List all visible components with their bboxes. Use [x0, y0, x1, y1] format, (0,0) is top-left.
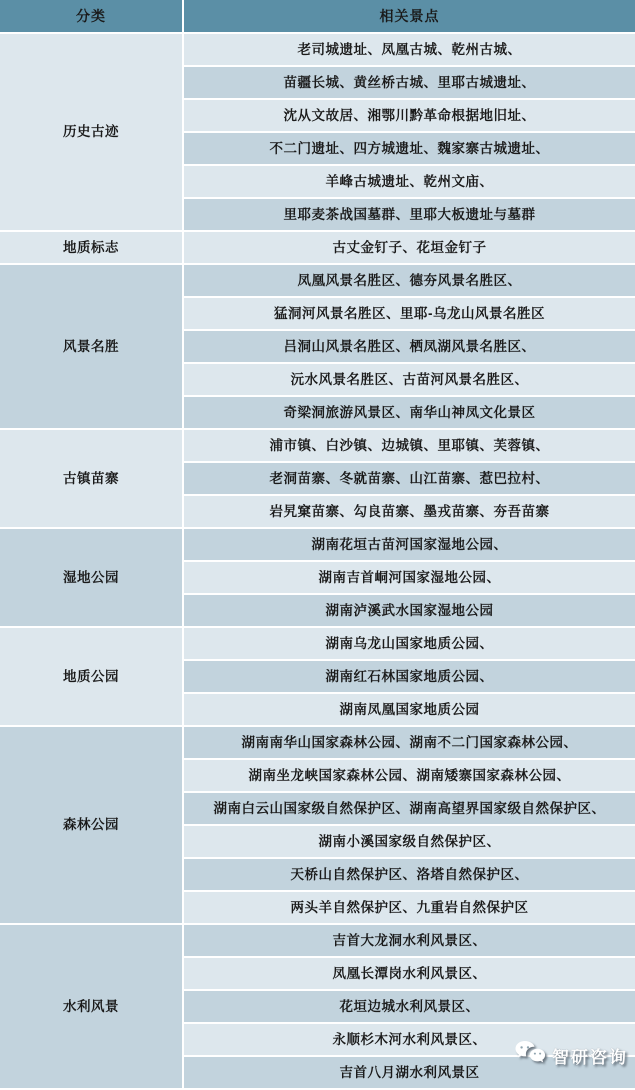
- attraction-cell: 凤凰风景名胜区、德夯风景名胜区、: [184, 265, 635, 296]
- attraction-cell: 苗疆长城、黄丝桥古城、里耶古城遗址、: [184, 67, 635, 98]
- table-row: 湿地公园湖南花垣古苗河国家湿地公园、: [0, 529, 635, 560]
- table-row: 古镇苗寨浦市镇、白沙镇、边城镇、里耶镇、芙蓉镇、: [0, 430, 635, 461]
- attraction-cell: 羊峰古城遗址、乾州文庙、: [184, 166, 635, 197]
- attraction-cell: 吕洞山风景名胜区、栖凤湖风景名胜区、: [184, 331, 635, 362]
- attraction-cell: 湖南红石林国家地质公园、: [184, 661, 635, 692]
- table-row: 历史古迹老司城遗址、凤凰古城、乾州古城、: [0, 34, 635, 65]
- attraction-cell: 永顺杉木河水利风景区、: [184, 1024, 635, 1055]
- attraction-cell: 湖南白云山国家级自然保护区、湖南高望界国家级自然保护区、: [184, 793, 635, 824]
- attraction-cell: 湖南小溪国家级自然保护区、: [184, 826, 635, 857]
- table-row: 风景名胜凤凰风景名胜区、德夯风景名胜区、: [0, 265, 635, 296]
- table-header-row: 分类 相关景点: [0, 0, 635, 32]
- table-row: 地质公园湖南乌龙山国家地质公园、: [0, 628, 635, 659]
- table-row: 森林公园湖南南华山国家森林公园、湖南不二门国家森林公园、: [0, 727, 635, 758]
- attraction-cell: 两头羊自然保护区、九重岩自然保护区: [184, 892, 635, 923]
- attraction-cell: 湖南吉首峒河国家湿地公园、: [184, 562, 635, 593]
- attraction-cell: 湖南坐龙峡国家森林公园、湖南矮寨国家森林公园、: [184, 760, 635, 791]
- category-cell: 古镇苗寨: [0, 430, 182, 527]
- attraction-cell: 吉首八月湖水利风景区: [184, 1057, 635, 1088]
- attraction-cell: 奇梁洞旅游风景区、南华山神凤文化景区: [184, 397, 635, 428]
- category-cell: 风景名胜: [0, 265, 182, 428]
- attraction-cell: 花垣边城水利风景区、: [184, 991, 635, 1022]
- attraction-cell: 里耶麦茶战国墓群、里耶大板遗址与墓群: [184, 199, 635, 230]
- column-header-attractions: 相关景点: [184, 0, 635, 32]
- page: 分类 相关景点 历史古迹老司城遗址、凤凰古城、乾州古城、苗疆长城、黄丝桥古城、里…: [0, 0, 635, 1090]
- table-row: 地质标志古丈金钉子、花垣金钉子: [0, 232, 635, 263]
- category-cell: 湿地公园: [0, 529, 182, 626]
- category-cell: 地质公园: [0, 628, 182, 725]
- column-header-category: 分类: [0, 0, 182, 32]
- attraction-cell: 沅水风景名胜区、古苗河风景名胜区、: [184, 364, 635, 395]
- attraction-cell: 古丈金钉子、花垣金钉子: [184, 232, 635, 263]
- attraction-cell: 湖南花垣古苗河国家湿地公园、: [184, 529, 635, 560]
- attraction-cell: 不二门遗址、四方城遗址、魏家寨古城遗址、: [184, 133, 635, 164]
- attraction-cell: 湖南凤凰国家地质公园: [184, 694, 635, 725]
- attraction-cell: 沈从文故居、湘鄂川黔革命根据地旧址、: [184, 100, 635, 131]
- category-cell: 森林公园: [0, 727, 182, 923]
- category-cell: 历史古迹: [0, 34, 182, 230]
- attraction-cell: 老洞苗寨、冬就苗寨、山江苗寨、惹巴拉村、: [184, 463, 635, 494]
- attractions-table: 分类 相关景点 历史古迹老司城遗址、凤凰古城、乾州古城、苗疆长城、黄丝桥古城、里…: [0, 0, 635, 1090]
- attraction-cell: 湖南乌龙山国家地质公园、: [184, 628, 635, 659]
- attraction-cell: 浦市镇、白沙镇、边城镇、里耶镇、芙蓉镇、: [184, 430, 635, 461]
- attraction-cell: 湖南泸溪武水国家湿地公园: [184, 595, 635, 626]
- table-row: 水利风景吉首大龙洞水利风景区、: [0, 925, 635, 956]
- attraction-cell: 凤凰长潭岗水利风景区、: [184, 958, 635, 989]
- attraction-cell: 吉首大龙洞水利风景区、: [184, 925, 635, 956]
- category-cell: 地质标志: [0, 232, 182, 263]
- attraction-cell: 岩旯窠苗寨、勾良苗寨、墨戎苗寨、夯吾苗寨: [184, 496, 635, 527]
- attraction-cell: 天桥山自然保护区、洛塔自然保护区、: [184, 859, 635, 890]
- attraction-cell: 猛洞河风景名胜区、里耶-乌龙山风景名胜区: [184, 298, 635, 329]
- attraction-cell: 湖南南华山国家森林公园、湖南不二门国家森林公园、: [184, 727, 635, 758]
- attraction-cell: 老司城遗址、凤凰古城、乾州古城、: [184, 34, 635, 65]
- category-cell: 水利风景: [0, 925, 182, 1088]
